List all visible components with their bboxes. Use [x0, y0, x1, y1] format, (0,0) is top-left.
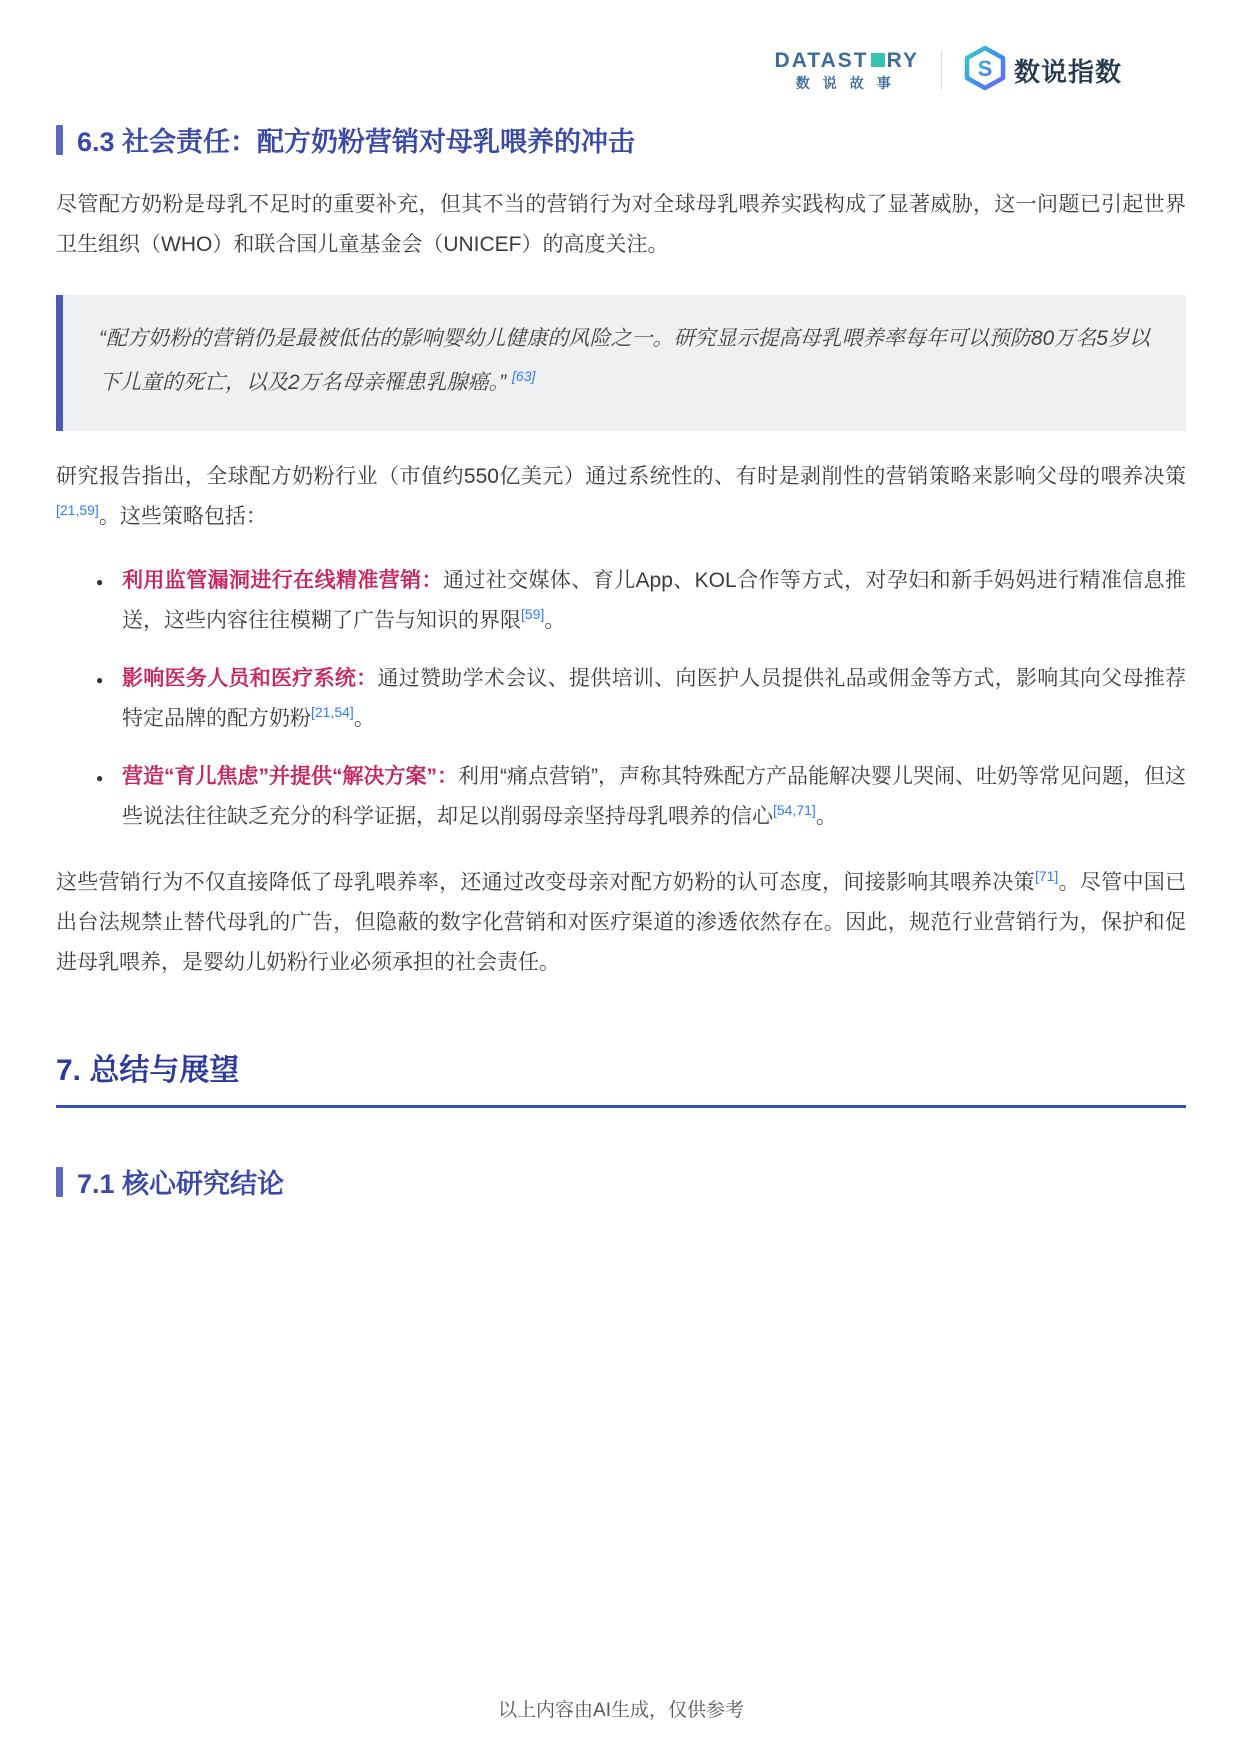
svg-text:S: S — [978, 56, 993, 81]
shushuo-zhishu-logo: S 数说指数 — [964, 46, 1122, 95]
datastory-wordmark-right: RY — [887, 49, 919, 72]
list-item-lead: 影响医务人员和医疗系统： — [122, 667, 377, 690]
datastory-cn-name: 数说故事 — [781, 76, 919, 91]
citation-ref-71[interactable]: [71] — [1035, 868, 1058, 884]
strategy-list: 利用监管漏洞进行在线精准营销：通过社交媒体、育儿App、KOL合作等方式，对孕妇… — [56, 561, 1186, 837]
list-item-tail: 。 — [354, 707, 375, 730]
page-header: DATAST RY 数说故事 — [56, 44, 1122, 96]
paragraph-conclusion: 这些营销行为不仅直接降低了母乳喂养率，还通过改变母亲对配方奶粉的认可态度，间接影… — [56, 863, 1186, 983]
shushuo-zhishu-name: 数说指数 — [1014, 52, 1122, 89]
section-heading-6-3: 6.3 社会责任：配方奶粉营销对母乳喂养的冲击 — [56, 120, 1186, 159]
blockquote-who: “配方奶粉的营销仍是最被低估的影响婴幼儿健康的风险之一。研究显示提高母乳喂养率每… — [56, 295, 1186, 431]
list-item-medical-system: 影响医务人员和医疗系统：通过赞助学术会议、提供培训、向医护人员提供礼品或佣金等方… — [96, 659, 1186, 739]
datastory-wordmark: DATAST RY — [775, 49, 919, 72]
heading-accent-bar — [56, 125, 63, 155]
section-heading-7: 7. 总结与展望 — [56, 1045, 1186, 1089]
hexagon-s-icon: S — [964, 46, 1006, 95]
datastory-square-icon — [871, 53, 885, 67]
heading-accent-bar — [56, 1167, 63, 1197]
list-item-tail: 。 — [544, 609, 565, 632]
citation-ref-21-54[interactable]: [21,54] — [311, 704, 354, 720]
list-item-parenting-anxiety: 营造“育儿焦虑”并提供“解决方案”：利用“痛点营销”，声称其特殊配方产品能解决婴… — [96, 757, 1186, 837]
citation-ref-63[interactable]: [63] — [512, 368, 535, 384]
paragraph-intro: 尽管配方奶粉是母乳不足时的重要补充，但其不当的营销行为对全球母乳喂养实践构成了显… — [56, 185, 1186, 265]
section-heading-7-1-text: 7.1 核心研究结论 — [77, 1162, 284, 1201]
header-divider — [941, 50, 942, 90]
paragraph-report-text: 研究报告指出，全球配方奶粉行业（市值约550亿美元）通过系统性的、有时是剥削性的… — [56, 465, 1186, 488]
datastory-wordmark-left: DATAST — [775, 49, 869, 72]
list-item-lead: 营造“育儿焦虑”并提供“解决方案”： — [122, 765, 458, 788]
list-item-tail: 。 — [816, 805, 837, 828]
datastory-logo: DATAST RY 数说故事 — [775, 49, 919, 91]
citation-ref-59[interactable]: [59] — [521, 606, 544, 622]
section-heading-7-1: 7.1 核心研究结论 — [56, 1162, 1186, 1201]
paragraph-report: 研究报告指出，全球配方奶粉行业（市值约550亿美元）通过系统性的、有时是剥削性的… — [56, 457, 1186, 537]
report-page: DATAST RY 数说故事 — [0, 0, 1242, 1756]
citation-ref-21-59[interactable]: [21,59] — [56, 502, 99, 518]
paragraph-report-tail: 。这些策略包括： — [99, 505, 267, 528]
section-heading-6-3-text: 6.3 社会责任：配方奶粉营销对母乳喂养的冲击 — [77, 120, 635, 159]
paragraph-conclusion-text: 这些营销行为不仅直接降低了母乳喂养率，还通过改变母亲对配方奶粉的认可态度，间接影… — [56, 871, 1035, 894]
list-item-lead: 利用监管漏洞进行在线精准营销： — [122, 569, 443, 592]
citation-ref-54-71[interactable]: [54,71] — [773, 802, 816, 818]
blockquote-text: “配方奶粉的营销仍是最被低估的影响婴幼儿健康的风险之一。研究显示提高母乳喂养率每… — [99, 327, 1150, 394]
ai-disclaimer: 以上内容由AI生成，仅供参考 — [0, 1695, 1242, 1722]
list-item-online-marketing: 利用监管漏洞进行在线精准营销：通过社交媒体、育儿App、KOL合作等方式，对孕妇… — [96, 561, 1186, 641]
section-divider-rule — [56, 1105, 1186, 1108]
